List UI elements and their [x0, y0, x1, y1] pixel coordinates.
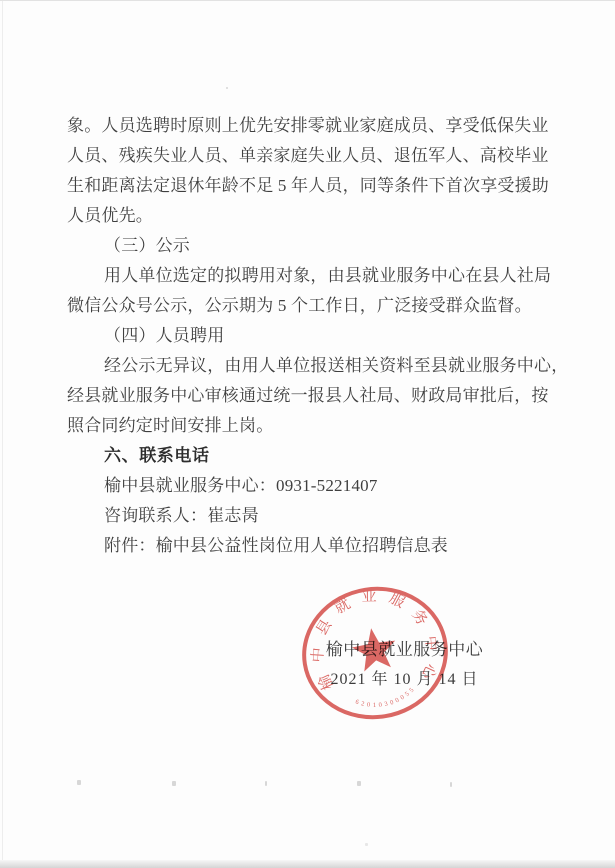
scan-artifact-speck [357, 781, 361, 786]
seal-star-icon [349, 625, 399, 673]
body-line: 用人单位选定的拟聘用对象，由县就业服务中心在县人社局 [67, 261, 565, 291]
seal-code-text: 6201030005582 [279, 563, 420, 722]
attachment-line: 附件：榆中县公益性岗位用人单位招聘信息表 [67, 531, 565, 561]
contact-person-line: 咨询联系人：崔志昺 [67, 501, 565, 531]
body-line: 微信公众号公示，公示期为 5 个工作日，广泛接受群众监督。 [67, 291, 565, 321]
scan-artifact-speck [226, 87, 228, 89]
section-heading-联系电话: 六、联系电话 [67, 441, 565, 471]
body-line: 人员优先。 [67, 201, 565, 231]
body-line: 生和距离法定退休年龄不足 5 年人员，同等条件下首次享受援助 [67, 171, 565, 201]
section-heading-公示: （三）公示 [67, 231, 565, 261]
official-seal-stamp: 榆中县就业服务中心 6201030005582 [279, 561, 472, 746]
scan-artifact-speck [172, 781, 176, 786]
section-heading-人员聘用: （四）人员聘用 [67, 321, 565, 351]
body-line: 经公示无异议，由用人单位报送相关资料至县就业服务中心， [67, 351, 565, 381]
body-line: 象。人员选聘时原则上优先安排零就业家庭成员、享受低保失业 [67, 111, 565, 141]
body-line: 照合同约定时间安排上岗。 [67, 411, 565, 441]
scan-bottom-shadow [0, 860, 615, 868]
scan-artifact-speck [77, 780, 81, 785]
contact-phone-line: 榆中县就业服务中心：0931-5221407 [67, 471, 565, 501]
scan-artifact-speck [450, 782, 452, 787]
document-body: 象。人员选聘时原则上优先安排零就业家庭成员、享受低保失业 人员、残疾失业人员、单… [67, 111, 565, 561]
body-line: 经县就业服务中心审核通过统一报县人社局、财政局审批后，按 [67, 381, 565, 411]
scan-artifact-speck [365, 843, 368, 846]
body-line: 人员、残疾失业人员、单亲家庭失业人员、退伍军人、高校毕业 [67, 141, 565, 171]
scanned-document-page: 象。人员选聘时原则上优先安排零就业家庭成员、享受低保失业 人员、残疾失业人员、单… [0, 0, 615, 868]
scan-artifact-speck [265, 781, 267, 786]
